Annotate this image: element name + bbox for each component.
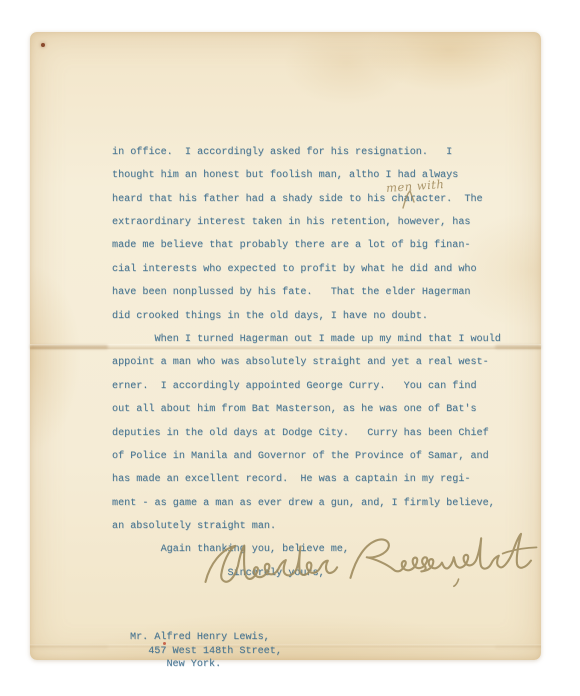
typed-line: heard that his father had a shady side t… — [112, 188, 532, 211]
scanned-letter-page: in office. I accordingly asked for his r… — [0, 0, 580, 696]
pinhole-mark — [41, 43, 45, 47]
typed-line: thought him an honest but foolish man, a… — [112, 164, 532, 187]
typed-line: made me believe that probably there are … — [112, 234, 532, 257]
typed-line: has made an excellent record. He was a c… — [112, 468, 532, 491]
typed-line: have been nonplussed by his fate. That t… — [112, 281, 532, 304]
caret-insertion-icon — [401, 189, 415, 209]
typed-line: cial interests who expected to profit by… — [112, 258, 532, 281]
address-line: New York. — [130, 658, 282, 671]
typed-line: When I turned Hagerman out I made up my … — [112, 328, 532, 351]
address-line: Mr. Alfred Henry Lewis, — [130, 631, 282, 644]
typed-line: of Police in Manila and Governor of the … — [112, 445, 532, 468]
address-line: 457 West 148th Street, — [130, 645, 282, 658]
typed-line: deputies in the old days at Dodge City. … — [112, 422, 532, 445]
typed-line: extraordinary interest taken in his rete… — [112, 211, 532, 234]
typed-line: erner. I accordingly appointed George Cu… — [112, 375, 532, 398]
typed-line: in office. I accordingly asked for his r… — [112, 141, 532, 164]
address-block: Mr. Alfred Henry Lewis, 457 West 148th S… — [130, 605, 282, 696]
letter-paper: in office. I accordingly asked for his r… — [30, 32, 541, 660]
typed-line: out all about him from Bat Masterson, as… — [112, 398, 532, 421]
fold-crease-bottom — [30, 644, 541, 648]
typed-line: ment - as game a man as ever drew a gun,… — [112, 492, 532, 515]
typed-line: did crooked things in the old days, I ha… — [112, 305, 532, 328]
typed-line: appoint a man who was absolutely straigh… — [112, 351, 532, 374]
